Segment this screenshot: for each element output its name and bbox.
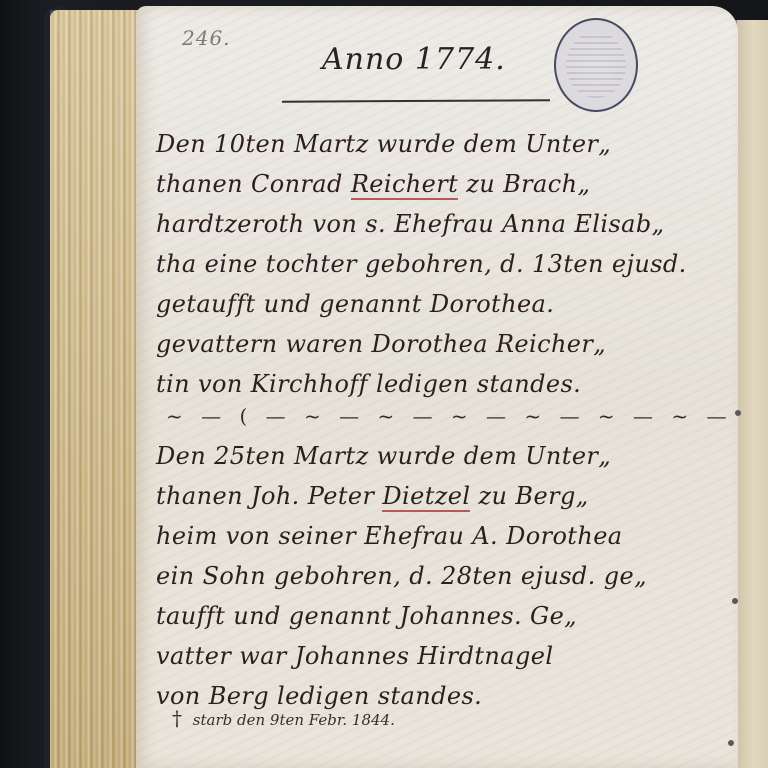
folio-number: 246. [182, 26, 231, 50]
entry-line: thanen Joh. Peter Dietzel zu Berg„ [156, 476, 716, 516]
entry-line: Den 25ten Martz wurde dem Unter„ [156, 436, 716, 476]
binding-thread-hole [732, 598, 738, 604]
register-page: 246. Anno 1774. Den 10ten Martz wurde de… [136, 6, 738, 768]
underlined-surname: Dietzel [382, 482, 470, 512]
year-heading: Anno 1774. [322, 42, 506, 77]
binding-thread-hole [728, 740, 734, 746]
entry-line: getaufft und genannt Dorothea. [156, 284, 716, 324]
facing-page-edge [735, 20, 768, 768]
entry-line: tha eine tochter gebohren, d. 13ten ejus… [156, 244, 716, 284]
death-note-text: starb den 9ten Febr. 1844. [193, 711, 395, 729]
death-annotation: † starb den 9ten Febr. 1844. [172, 706, 395, 730]
entry-line: thanen Conrad Reichert zu Brach„ [156, 164, 716, 204]
seal-stamp-icon [554, 18, 638, 112]
entry-line-text: thanen Conrad Reichert zu Brach„ [156, 170, 590, 200]
seal-inner-pattern [566, 32, 626, 98]
entry-line: tin von Kirchhoff ledigen standes. [156, 364, 716, 404]
entry-line: vatter war Johannes Hirdtnagel [156, 636, 716, 676]
baptism-entry-2: Den 25ten Martz wurde dem Unter„ thanen … [156, 436, 716, 716]
binding-thread-hole [735, 410, 741, 416]
entry-line: heim von seiner Ehefrau A. Dorothea [156, 516, 716, 556]
entry-separator: ~ — ( — ~ — ~ — ~ — ~ — ~ — ~ — [166, 404, 706, 428]
baptism-entry-1: Den 10ten Martz wurde dem Unter„ thanen … [156, 124, 716, 404]
cross-icon: † [172, 706, 182, 730]
page-edges-stack [50, 10, 140, 768]
entry-line: Den 10ten Martz wurde dem Unter„ [156, 124, 716, 164]
entry-line: taufft und genannt Johannes. Ge„ [156, 596, 716, 636]
heading-underline [282, 99, 550, 102]
entry-line: gevattern waren Dorothea Reicher„ [156, 324, 716, 364]
entry-line: ein Sohn gebohren, d. 28ten ejusd. ge„ [156, 556, 716, 596]
underlined-surname: Reichert [351, 170, 458, 200]
entry-line: hardtzeroth von s. Ehefrau Anna Elisab„ [156, 204, 716, 244]
